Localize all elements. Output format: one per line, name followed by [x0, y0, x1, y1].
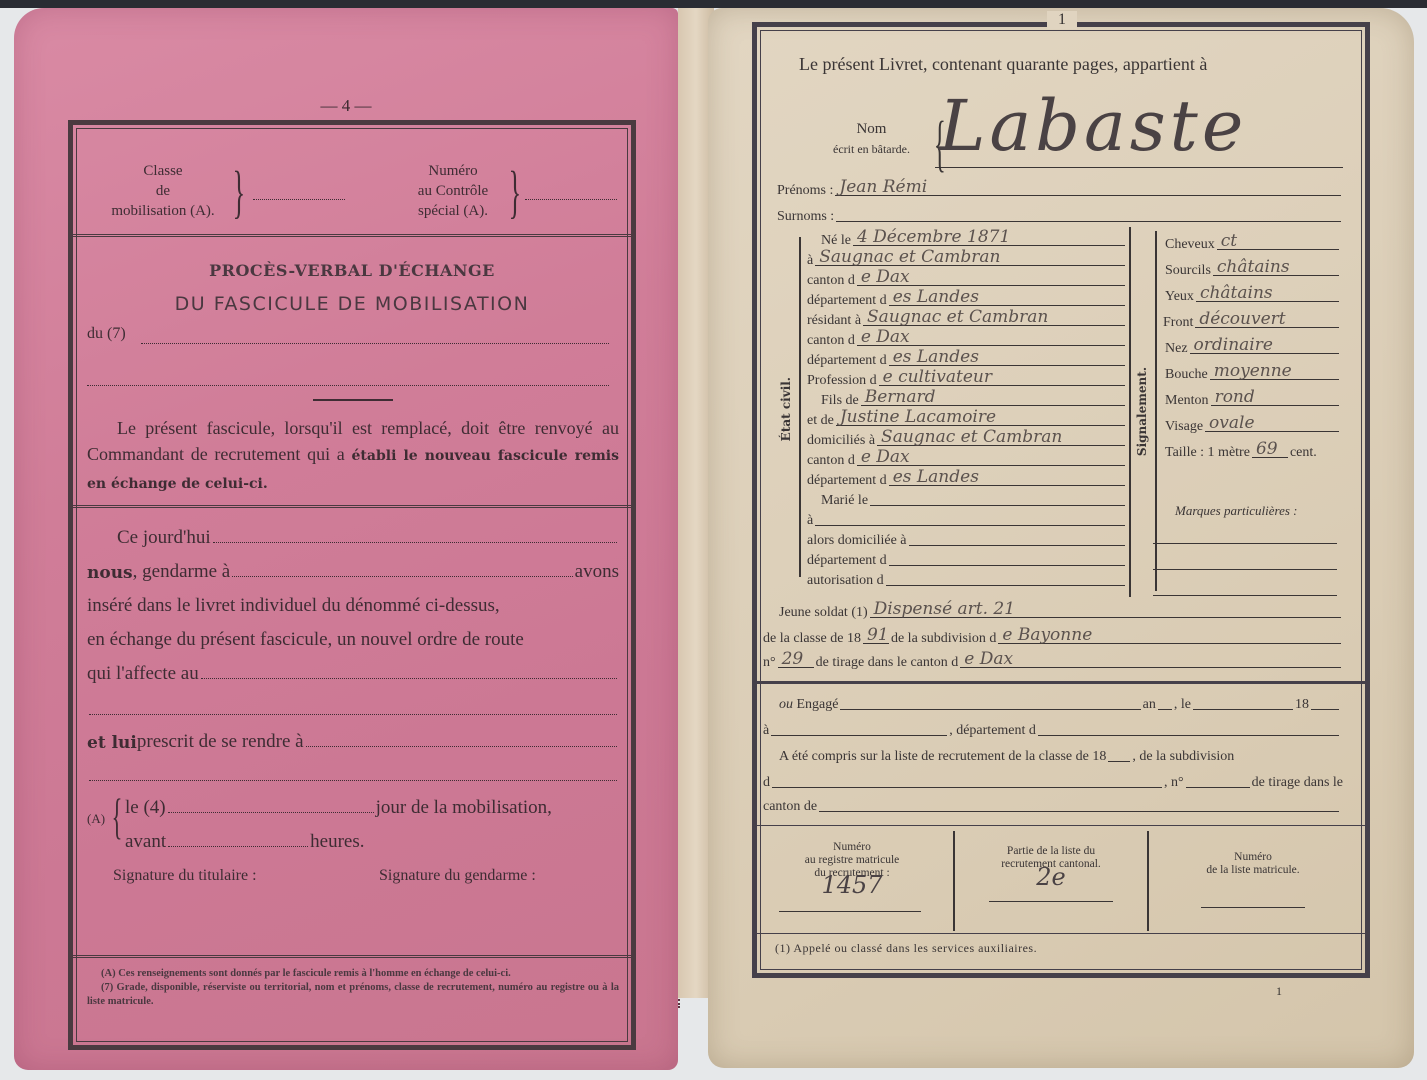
engage-lieu-row: à , département d — [763, 717, 1341, 739]
divider — [757, 825, 1365, 826]
divider — [73, 955, 631, 958]
liste-cantonale-value[interactable]: 2e — [971, 871, 1131, 884]
nom-underline — [935, 167, 1343, 168]
affectation-field[interactable] — [201, 678, 617, 679]
affectation-field-continued[interactable] — [89, 714, 617, 715]
prenoms-row: Prénoms : Jean Rémi — [777, 177, 1343, 199]
du-field-continued[interactable] — [87, 385, 609, 386]
left-page-pink: — 4 — Classe de mobilisation (A). } Numé… — [14, 8, 678, 1070]
registre-matricule-cell: Numéro au registre matricule du recrutem… — [767, 841, 937, 941]
signature-gendarme-label: Signature du gendarme : — [379, 867, 536, 885]
divider — [757, 681, 1365, 684]
classe-mobilisation-label: Classe de mobilisation (A). — [93, 161, 233, 221]
mobilisation-header: Classe de mobilisation (A). } Numéro au … — [73, 125, 631, 237]
bouche-value[interactable]: moyenne — [1214, 361, 1292, 381]
left-page-frame: Classe de mobilisation (A). } Numéro au … — [68, 120, 636, 1050]
marques-label: Marques particulières : — [1175, 503, 1298, 519]
surnoms-row: Surnoms : — [777, 203, 1343, 225]
yeux-value[interactable]: châtains — [1200, 283, 1273, 303]
sourcils-value[interactable]: châtains — [1217, 257, 1290, 277]
numero-controle-label: Numéro au Contrôle spécial (A). — [393, 161, 513, 221]
matricule-table: Numéro au registre matricule du recrutem… — [757, 827, 1365, 937]
page-footer-number: 1 — [1276, 984, 1282, 999]
nom-label: Nom écrit en bâtarde. — [833, 119, 910, 159]
engage-row: ou Engagé an , le 18 — [779, 691, 1341, 713]
naissance-date[interactable]: 4 Décembre 1871 — [857, 227, 1010, 247]
destination-field[interactable] — [306, 746, 617, 747]
gendarme-location-field[interactable] — [232, 576, 572, 577]
taille-value[interactable]: 69 — [1256, 439, 1278, 459]
signalement-label: Signalement. — [1135, 367, 1149, 456]
page-number-left: — 4 — — [14, 96, 678, 116]
du-field[interactable] — [141, 343, 609, 344]
scan-top-edge — [0, 0, 1427, 8]
canton-row: canton de — [763, 793, 1341, 815]
pere-value[interactable]: Bernard — [865, 387, 936, 407]
mobilisation-day-field[interactable] — [168, 812, 374, 813]
right-page-livret: 1 Le présent Livret, contenant quarante … — [708, 8, 1414, 1068]
classe-row: de la classe de 18 91 de la subdivision … — [763, 625, 1343, 647]
etat-civil-label: État civil. — [779, 377, 793, 441]
signature-titulaire-label: Signature du titulaire : — [113, 867, 257, 884]
left-footnotes: (A) Ces renseignements sont donnés par l… — [87, 967, 619, 1009]
tirage-row: n° 29 de tirage dans le canton d e Dax — [763, 649, 1343, 671]
marques-line[interactable] — [1153, 595, 1337, 596]
liste-cantonale-cell: Partie de la liste du recrutement canton… — [971, 845, 1131, 945]
fascicule-subtitle: DU FASCICULE DE MOBILISATION — [73, 293, 631, 315]
divider — [757, 933, 1365, 934]
right-footnote: (1) Appelé ou classé dans les services a… — [775, 941, 1037, 956]
heures-field[interactable] — [168, 846, 308, 847]
classe-field[interactable] — [253, 199, 345, 200]
jeune-soldat-row: Jeune soldat (1) Dispensé art. 21 — [779, 599, 1343, 621]
livret-intro: Le présent Livret, contenant quarante pa… — [779, 51, 1355, 78]
engage-field[interactable] — [840, 690, 1140, 710]
nez-value[interactable]: ordinaire — [1194, 335, 1273, 355]
naissance-lieu[interactable]: Saugnac et Cambran — [819, 247, 1000, 267]
nom-value[interactable]: Labaste — [939, 85, 1247, 167]
replacement-notice: Le présent fascicule, lorsqu'il est remp… — [87, 415, 619, 497]
proces-verbal-title: PROCÈS-VERBAL D'ÉCHANGE — [73, 261, 631, 280]
brace-icon: } — [233, 163, 246, 221]
subdivision-row: d , n° de tirage dans le — [763, 769, 1343, 791]
jeune-soldat-value[interactable]: Dispensé art. 21 — [874, 599, 1015, 619]
subdivision-value[interactable]: e Bayonne — [1002, 625, 1092, 645]
tirage-canton[interactable]: e Dax — [964, 649, 1013, 669]
brace-icon: } — [509, 163, 522, 221]
marques-line[interactable] — [1153, 569, 1337, 570]
mere-value[interactable]: Justine Lacamoire — [840, 407, 996, 427]
divider — [73, 505, 631, 508]
destination-field-continued[interactable] — [89, 780, 617, 781]
registre-matricule-value[interactable]: 1457 — [767, 879, 937, 892]
short-divider — [313, 399, 393, 401]
note-a-marker: (A) — [87, 811, 105, 827]
visage-value[interactable]: ovale — [1209, 413, 1254, 433]
cheveux-value[interactable]: ct — [1221, 231, 1237, 251]
date-field[interactable] — [213, 542, 617, 543]
brace-icon: { — [112, 787, 123, 845]
liste-matricule-cell: Numéro de la liste matricule. — [1161, 851, 1345, 951]
front-value[interactable]: découvert — [1199, 309, 1285, 329]
marques-line[interactable] — [1153, 543, 1337, 544]
numero-controle-field[interactable] — [525, 199, 617, 200]
prenoms-value[interactable]: Jean Rémi — [839, 177, 927, 197]
page-number-right: 1 — [1047, 11, 1077, 29]
signatures-row: Signature du titulaire : Signature du ge… — [113, 867, 611, 885]
signalement-section: Signalement. Cheveuxct Sourcilschâtains … — [1153, 227, 1343, 607]
compris-row: A été compris sur la liste de recrutemen… — [779, 743, 1343, 765]
right-page-frame: 1 Le présent Livret, contenant quarante … — [752, 22, 1370, 978]
etat-civil-section: État civil. Né le4 Décembre 1871 àSaugna… — [777, 227, 1137, 607]
menton-value[interactable]: rond — [1215, 387, 1255, 407]
profession-value[interactable]: e cultivateur — [883, 367, 992, 387]
du-label: du (7) — [87, 325, 126, 343]
tirage-number[interactable]: 29 — [782, 649, 804, 669]
classe-value[interactable]: 91 — [867, 625, 889, 645]
